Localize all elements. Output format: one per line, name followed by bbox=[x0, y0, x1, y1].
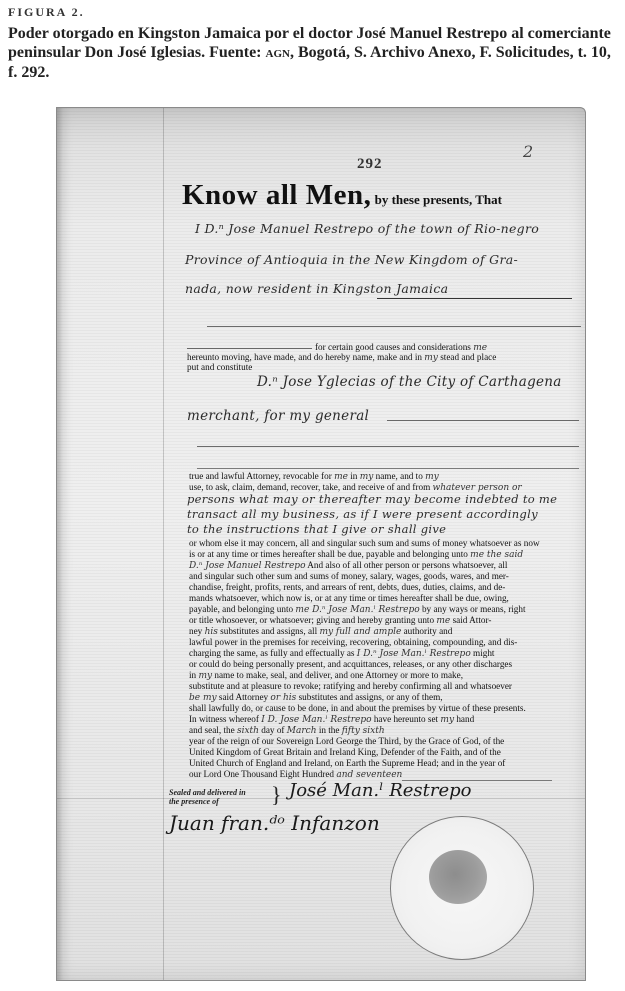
printed-text: in bbox=[189, 670, 196, 680]
body-line: year of the reign of our Sovereign Lord … bbox=[189, 736, 504, 747]
handwritten-page-number: 2 bbox=[523, 142, 533, 161]
handwritten-attorney-line-1: D.ⁿ Jose Yglecias of the City of Carthag… bbox=[257, 374, 562, 390]
handwritten-insert-line-3: to the instructions that I give or shall… bbox=[187, 522, 446, 536]
handwritten-grantor-line-2: Province of Antioquia in the New Kingdom… bbox=[185, 252, 518, 267]
printed-text: by any ways or means, right bbox=[422, 604, 526, 614]
printed-text: use, to ask, claim, demand, recover, tak… bbox=[189, 482, 433, 492]
printed-text: our Lord One Thousand Eight Hundred bbox=[189, 769, 334, 779]
printed-text: And also of all other person or persons … bbox=[307, 560, 507, 570]
handwritten-attorney-line-2: merchant, for my general bbox=[187, 408, 369, 424]
body-line: or could do being personally present, an… bbox=[189, 659, 512, 670]
rule-line bbox=[197, 468, 579, 469]
printed-text: day of bbox=[261, 725, 284, 735]
handwritten-fill: March bbox=[287, 726, 317, 736]
handwritten-grantor-line-1: I D.ⁿ Jose Manuel Restrepo of the town o… bbox=[195, 221, 539, 236]
rule-line bbox=[377, 298, 572, 299]
printed-text: hereunto moving, have made, and do hereb… bbox=[187, 352, 422, 362]
handwritten-fill: my bbox=[360, 472, 374, 482]
printed-text: authority and bbox=[404, 626, 453, 636]
printed-text: substitutes and assigns, all bbox=[220, 626, 317, 636]
sealed-label-line-2: the presence of bbox=[169, 797, 246, 806]
handwritten-fill: me the said bbox=[470, 550, 523, 560]
body-line: and singular such other sum and sums of … bbox=[189, 571, 509, 582]
figure-caption: Poder otorgado en Kingston Jamaica por e… bbox=[8, 24, 620, 82]
printed-text: for certain good causes and consideratio… bbox=[315, 342, 471, 352]
sealed-label-line-1: Sealed and delivered in bbox=[169, 788, 246, 797]
printed-text: hand bbox=[456, 714, 474, 724]
printed-text: said Attorney bbox=[219, 692, 268, 702]
printed-text: might bbox=[473, 648, 494, 658]
fold-line-vertical bbox=[163, 108, 164, 980]
printed-text: in the bbox=[319, 725, 340, 735]
printed-text: or title whosoever, or whatsoever; givin… bbox=[189, 615, 434, 625]
rule-line bbox=[197, 446, 579, 447]
printed-text: ney bbox=[189, 626, 202, 636]
handwritten-fill: my bbox=[424, 353, 438, 363]
handwritten-fill: me bbox=[436, 616, 450, 626]
body-line: United Kingdom of Great Britain and Irel… bbox=[189, 747, 501, 758]
handwritten-fill: I D. Jose Man.ˡ Restrepo bbox=[261, 715, 371, 725]
printed-text: said Attor- bbox=[453, 615, 492, 625]
printed-text: and seal, the bbox=[189, 725, 235, 735]
handwritten-fill: be my bbox=[189, 693, 217, 703]
handwritten-grantor-line-3: nada, now resident in Kingston Jamaica bbox=[185, 281, 448, 296]
printed-text: name to make, seal, and deliver, and one… bbox=[214, 670, 463, 680]
handwritten-insert-line-2: transact all my business, as if I were p… bbox=[187, 507, 538, 521]
document-title: Know all Men, by these presents, That bbox=[182, 179, 502, 212]
rule-line bbox=[187, 348, 312, 349]
handwritten-fill: my full and ample bbox=[319, 627, 401, 637]
handwritten-fill: my bbox=[425, 472, 439, 482]
handwritten-fill: sixth bbox=[237, 726, 259, 736]
body-line: or whom else it may concern, all and sin… bbox=[189, 538, 540, 549]
rule-line bbox=[207, 326, 581, 327]
witness-signature: Juan fran.ᵈᵒ Infanzon bbox=[169, 811, 380, 835]
handwritten-fill: D.ⁿ Jose Manuel Restrepo bbox=[189, 561, 305, 571]
body-line: shall lawfully do, or cause to be done, … bbox=[189, 703, 526, 714]
figure-label: FIGURA 2. bbox=[8, 5, 85, 20]
printed-text: name, and to bbox=[373, 471, 425, 481]
printed-text: In witness whereof bbox=[189, 714, 259, 724]
wax-seal bbox=[429, 850, 487, 904]
body-line: lawful power in the premises for receivi… bbox=[189, 637, 517, 648]
wax-seal-paper-disc bbox=[390, 816, 534, 960]
body-line: substitute and at pleasure to revoke; ra… bbox=[189, 681, 512, 692]
body-line: United Church of England and Ireland, on… bbox=[189, 758, 505, 769]
printed-text: stead and place bbox=[440, 352, 496, 362]
printed-text: have hereunto set bbox=[374, 714, 438, 724]
printed-text: is or at any time or times hereafter sha… bbox=[189, 549, 468, 559]
sealed-and-delivered-label: Sealed and delivered in the presence of bbox=[169, 788, 246, 806]
brace-symbol: } bbox=[271, 782, 282, 808]
printed-text: charging the same, as fully and effectua… bbox=[189, 648, 355, 658]
body-line: chandise, freight, profits, rents, and a… bbox=[189, 582, 505, 593]
printed-constitute: put and constitute bbox=[187, 362, 252, 373]
handwritten-fill: me bbox=[334, 472, 348, 482]
handwritten-fill: and seventeen bbox=[336, 770, 402, 780]
handwritten-fill: his bbox=[205, 627, 218, 637]
grantor-signature: José Man.ˡ Restrepo bbox=[289, 780, 472, 801]
title-know-all-men: Know all Men, bbox=[182, 179, 371, 211]
printed-text: payable, and belonging unto bbox=[189, 604, 293, 614]
handwritten-insert-line-1: persons what may or thereafter may becom… bbox=[187, 492, 557, 506]
power-of-attorney-document: 292 2 Know all Men, by these presents, T… bbox=[56, 107, 586, 981]
handwritten-fill: me D.ⁿ Jose Man.ˡ Restrepo bbox=[295, 605, 419, 615]
printed-text: true and lawful Attorney, revocable for bbox=[189, 471, 334, 481]
body-line: mands whatsoever, which now is, or at an… bbox=[189, 593, 509, 604]
handwritten-fill: I D.ⁿ Jose Man.ˡ Restrepo bbox=[357, 649, 471, 659]
handwritten-fill: or his bbox=[270, 693, 296, 703]
printed-text: in bbox=[348, 471, 360, 481]
title-by-these-presents: by these presents, That bbox=[371, 192, 502, 207]
rule-line bbox=[387, 420, 579, 421]
handwritten-fill: my bbox=[198, 671, 212, 681]
handwritten-fill: fifty sixth bbox=[342, 726, 385, 736]
handwritten-fill: my bbox=[440, 715, 454, 725]
printed-text: substitutes and assigns, or any of them, bbox=[299, 692, 443, 702]
caption-agn: agn bbox=[266, 45, 290, 61]
folio-number: 292 bbox=[357, 156, 383, 173]
